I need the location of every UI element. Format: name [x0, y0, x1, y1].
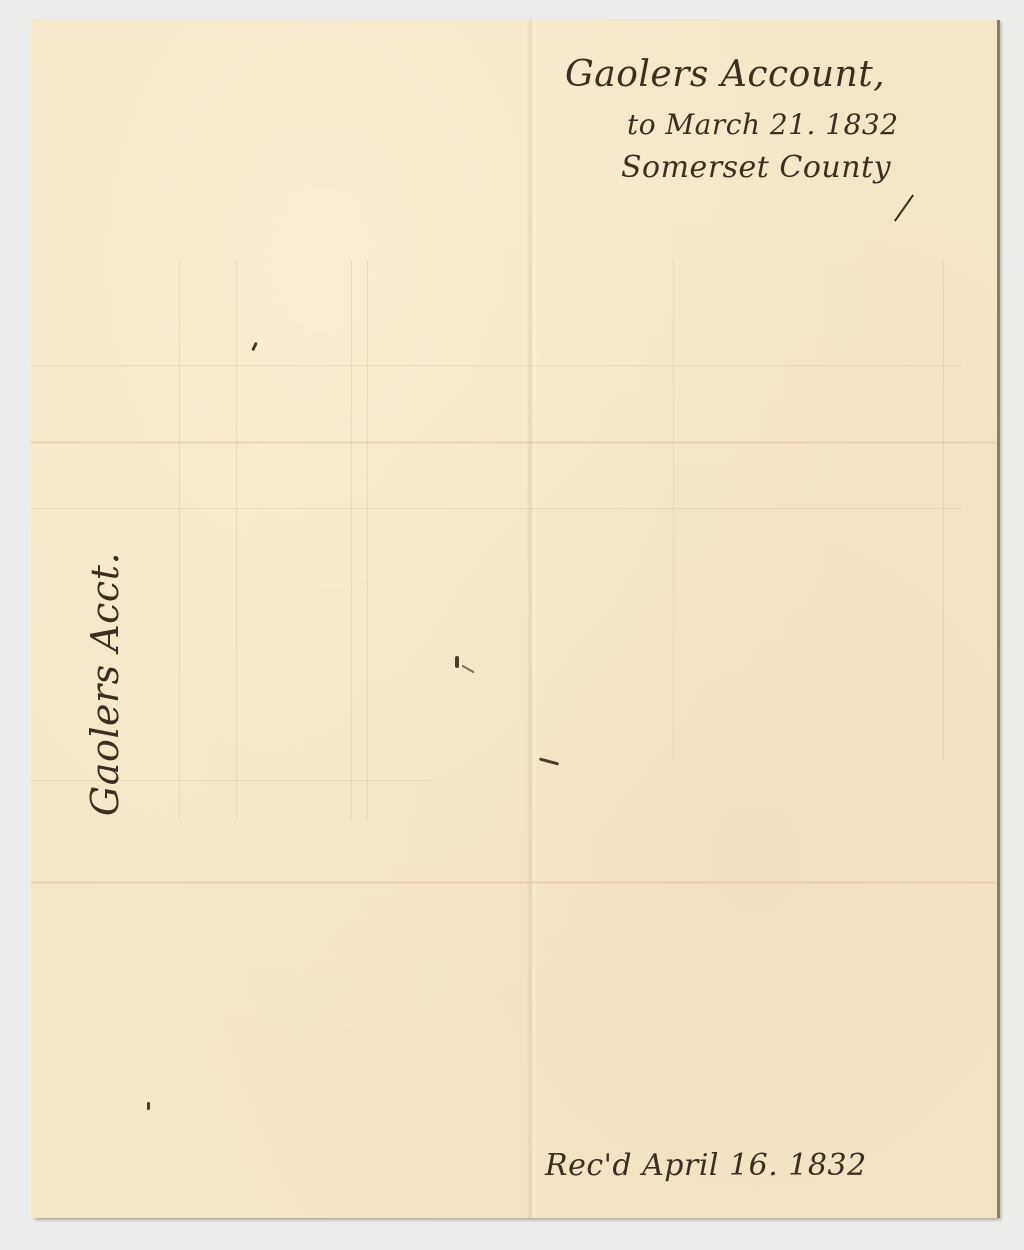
ink-mark — [455, 656, 459, 668]
scanned-document: Gaolers Account, to March 21. 1832 Somer… — [0, 0, 1024, 1250]
vertical-fold — [527, 20, 537, 1218]
side-endorsement: Gaolers Acct. — [83, 552, 127, 816]
ink-mark — [461, 665, 474, 674]
docket-title: Gaolers Account, — [565, 54, 885, 95]
ink-mark — [251, 342, 258, 351]
received-date-note: Rec'd April 16. 1832 — [545, 1148, 867, 1183]
docket-county: Somerset County — [621, 150, 891, 185]
paper-sheet: Gaolers Account, to March 21. 1832 Somer… — [31, 20, 997, 1218]
flourish-stroke — [894, 194, 914, 221]
ink-mark — [539, 757, 559, 765]
docket-date-range: to March 21. 1832 — [627, 108, 899, 141]
horizontal-fold-lower — [31, 881, 997, 884]
horizontal-fold-upper — [31, 441, 997, 444]
ink-mark — [147, 1102, 150, 1110]
